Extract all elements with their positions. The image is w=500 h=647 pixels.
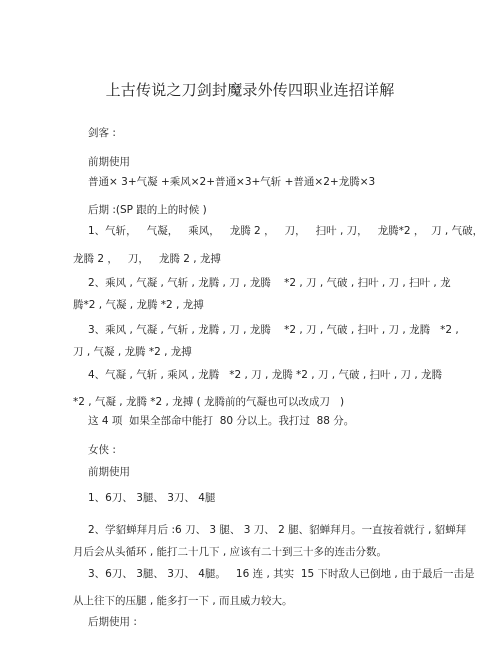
heroine-item-2-line2: 月后会从头循环 , 能打二十几下 , 应该有二十到三十多的连击分数。 [73, 545, 387, 559]
late-item-3-line2: 刀 , 气凝 , 龙腾 *2 , 龙搏 [73, 345, 192, 359]
subheading-early: 前期使用 [88, 155, 130, 169]
heroine-item-1: 1、6刀、 3腿、 3刀、 4腿 [88, 491, 215, 505]
subheading-late-heroine: 后期使用 : [88, 615, 137, 629]
document-page: 上古传说之刀剑封魔录外传四职业连招详解 剑客 : 前期使用 普通× 3+气凝 +… [0, 0, 500, 647]
late-item-4-line2: *2 , 气凝 , 龙腾 *2 , 龙搏 ( 龙腾前的气凝也可以改成刀 ) [73, 395, 344, 409]
heroine-item-3-line1: 3、6刀、 3腿、 3刀、 4腿。 16 连 , 其实 15 下时敌人已倒地 ,… [88, 567, 475, 581]
late-item-1-line1: 1、气斩， 气凝， 乘风， 龙腾 2 ， 刀， 扫叶 , 刀， 龙腾*2 ， 刀… [88, 224, 483, 238]
document-title: 上古传说之刀剑封魔录外传四职业连招详解 [0, 79, 500, 100]
subheading-late: 后期 :(SP 跟的上的时候 ) [88, 203, 207, 217]
swordsman-summary: 这 4 项 如果全部命中能打 80 分以上。我打过 88 分。 [88, 414, 354, 428]
late-item-3-line1: 3、乘风 , 气凝 , 气斩 , 龙腾 , 刀 , 龙腾 *2 , 刀 , 气破… [88, 323, 459, 337]
late-item-1-line2: 龙腾 2 ， 刀， 龙腾 2 , 龙搏 [73, 252, 221, 266]
heroine-item-3-line2: 从上往下的压腿 , 能多打一下 , 而且威力较大。 [73, 594, 293, 608]
subheading-early-heroine: 前期使用 [88, 465, 130, 479]
heroine-item-2-line1: 2、学貂蝉拜月后 :6 刀、 3 腿、 3 刀、 2 腿、貂蝉拜月。一直按着就行… [88, 523, 466, 537]
section-heading-swordsman: 剑客 : [88, 126, 116, 140]
early-combo: 普通× 3+气凝 +乘风×2+普通×3+气斩 +普通×2+龙腾×3 [88, 175, 375, 189]
late-item-4-line1: 4、气凝 , 气斩 , 乘风 , 龙腾 *2 , 刀 , 龙腾 *2 , 刀 ,… [88, 368, 442, 382]
section-heading-heroine: 女侠 : [88, 443, 116, 457]
late-item-2-line1: 2、乘风 , 气凝 , 气斩 , 龙腾 , 刀 , 龙腾 *2 , 刀 , 气破… [88, 276, 451, 290]
late-item-2-line2: 腾*2 , 气凝 , 龙腾 *2 , 龙搏 [73, 298, 204, 312]
